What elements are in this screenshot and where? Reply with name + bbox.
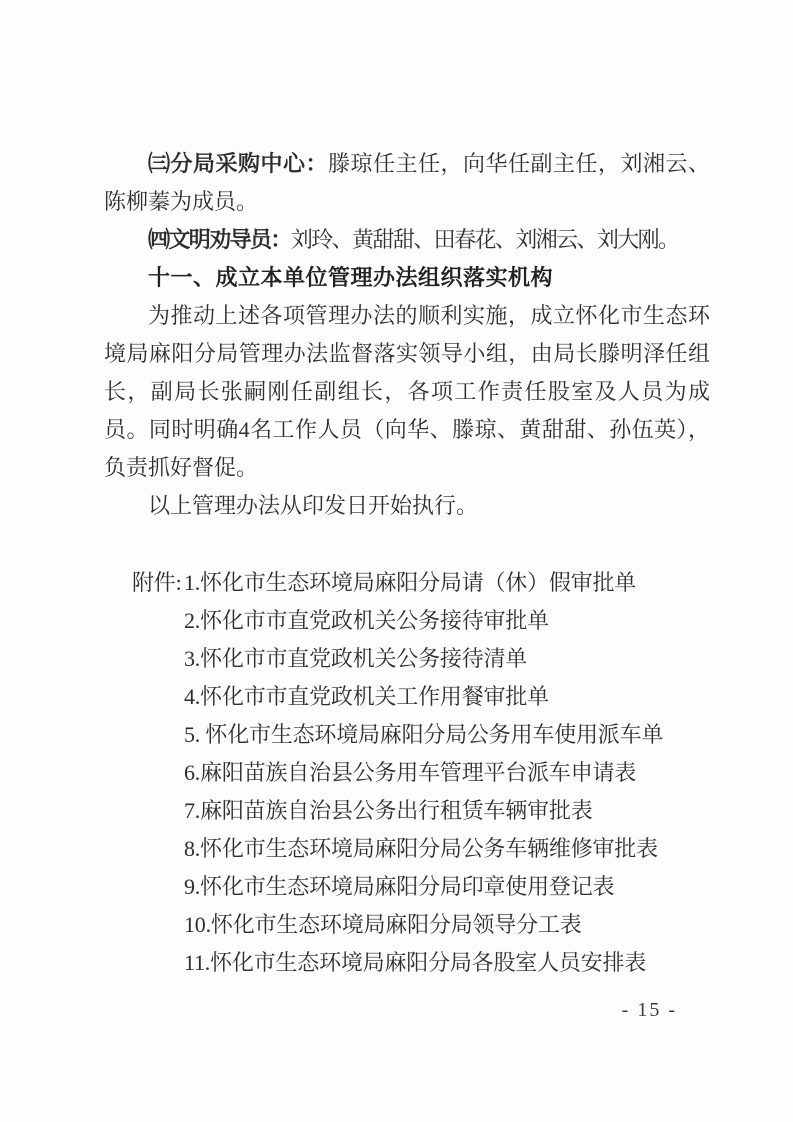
- attachment-row: 2.怀化市市直党政机关公务接待审批单: [132, 602, 710, 640]
- attachment-item: 3.怀化市市直党政机关公务接待清单: [184, 646, 527, 671]
- attachments-list: 附件:1.怀化市生态环境局麻阳分局请（休）假审批单 2.怀化市市直党政机关公务接…: [104, 564, 710, 982]
- document-page: ㈢分局采购中心：滕琼任主任，向华任副主任，刘湘云、陈柳蓁为成员。 ㈣文明劝导员：…: [0, 0, 793, 1122]
- attachment-item: 9.怀化市生态环境局麻阳分局印章使用登记表: [184, 874, 614, 899]
- attachments-label: 附件:: [132, 564, 184, 602]
- paragraph-label: ㈢分局采购中心：: [148, 151, 328, 176]
- attachment-row: 6.麻阳苗族自治县公务用车管理平台派车申请表: [132, 754, 710, 792]
- attachment-row: 8.怀化市生态环境局麻阳分局公务车辆维修审批表: [132, 830, 710, 868]
- attachment-row: 9.怀化市生态环境局麻阳分局印章使用登记表: [132, 868, 710, 906]
- paragraph-label: ㈣文明劝导员：: [148, 227, 291, 252]
- document-content: ㈢分局采购中心：滕琼任主任，向华任副主任，刘湘云、陈柳蓁为成员。 ㈣文明劝导员：…: [104, 145, 710, 982]
- attachment-row: 附件:1.怀化市生态环境局麻阳分局请（休）假审批单: [132, 564, 710, 602]
- paragraph-text: 刘玲、黄甜甜、田春花、刘湘云、刘大刚。: [291, 227, 679, 252]
- attachment-item: 5. 怀化市生态环境局麻阳分局公务用车使用派车单: [184, 722, 663, 747]
- attachment-row: 4.怀化市市直党政机关工作用餐审批单: [132, 678, 710, 716]
- section-heading: 十一、成立本单位管理办法组织落实机构: [104, 259, 710, 297]
- attachment-item: 4.怀化市市直党政机关工作用餐审批单: [184, 684, 549, 709]
- attachment-row: 7.麻阳苗族自治县公务出行租赁车辆审批表: [132, 792, 710, 830]
- attachment-item: 7.麻阳苗族自治县公务出行租赁车辆审批表: [184, 798, 593, 823]
- body-paragraph-implementation: 为推动上述各项管理办法的顺利实施，成立怀化市生态环境局麻阳分局管理办法监督落实领…: [104, 297, 710, 487]
- paragraph-civility-supervisors: ㈣文明劝导员：刘玲、黄甜甜、田春花、刘湘云、刘大刚。: [104, 221, 710, 259]
- attachment-row: 3.怀化市市直党政机关公务接待清单: [132, 640, 710, 678]
- attachment-item: 1.怀化市生态环境局麻阳分局请（休）假审批单: [184, 570, 636, 595]
- page-number: - 15 -: [622, 999, 677, 1022]
- paragraph-procurement-center: ㈢分局采购中心：滕琼任主任，向华任副主任，刘湘云、陈柳蓁为成员。: [104, 145, 710, 221]
- attachment-row: 11.怀化市生态环境局麻阳分局各股室人员安排表: [132, 944, 710, 982]
- attachment-row: 10.怀化市生态环境局麻阳分局领导分工表: [132, 906, 710, 944]
- attachment-row: 5. 怀化市生态环境局麻阳分局公务用车使用派车单: [132, 716, 710, 754]
- attachment-item: 2.怀化市市直党政机关公务接待审批单: [184, 608, 549, 633]
- attachment-item: 6.麻阳苗族自治县公务用车管理平台派车申请表: [184, 760, 636, 785]
- body-paragraph-effective-date: 以上管理办法从印发日开始执行。: [104, 487, 710, 525]
- attachment-item: 11.怀化市生态环境局麻阳分局各股室人员安排表: [184, 950, 646, 975]
- attachment-item: 8.怀化市生态环境局麻阳分局公务车辆维修审批表: [184, 836, 658, 861]
- attachment-item: 10.怀化市生态环境局麻阳分局领导分工表: [184, 912, 582, 937]
